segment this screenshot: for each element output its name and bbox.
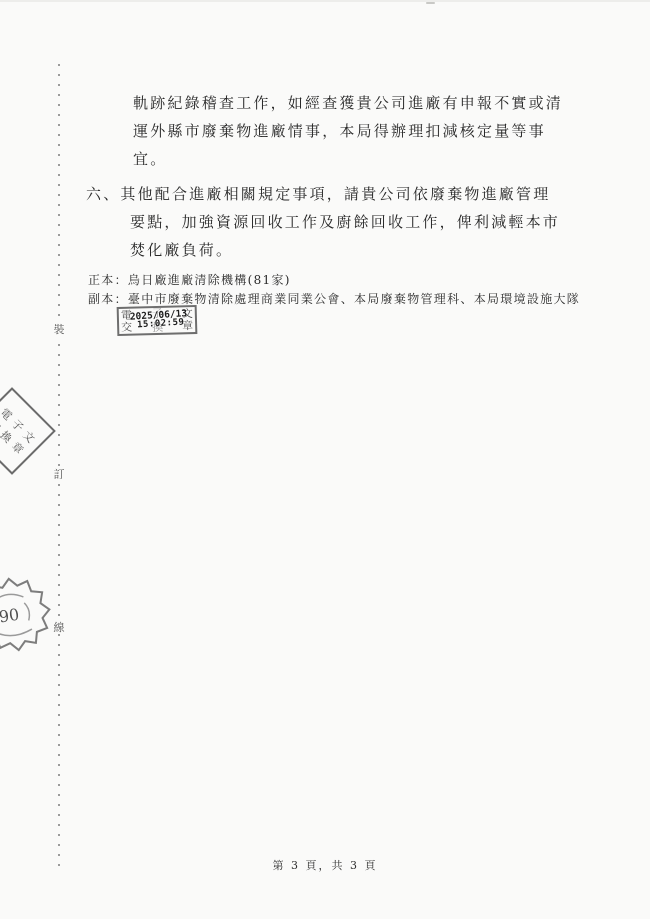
scan-artifact [426,2,435,4]
binding-mark-zhuang: 裝 [51,323,67,336]
body-line: 焚化廠負荷。 [130,241,233,260]
document-page: 裝 訂 線 軌跡紀錄稽查工作，如經查獲貴公司進廠有申報不實或清 運外縣市廢棄物進… [0,0,650,919]
gear-seal: 90 [0,567,77,665]
body-line: 要點，加強資源回收工作及廚餘回收工作，俾利減輕本市 [130,213,560,232]
body-line: 軌跡紀錄稽查工作，如經查獲貴公司進廠有申報不實或清 [133,94,563,113]
body-line: 宜。 [133,150,167,169]
body-line-item-six: 六、其他配合進廠相關規定事項，請貴公司依廢棄物進廠管理 [86,185,550,204]
seal-number: 90 [0,605,20,627]
electronic-exchange-stamp: 電 子 文 交 換 章 2025/06/13 15:02:59 [117,305,198,336]
stamp-time: 15:02:59 [137,317,185,330]
corner-exchange-stamp: 電子文 交換章 [0,387,56,475]
binding-dotted-line [58,64,60,866]
page-footer: 第 3 頁，共 3 頁 [0,857,650,873]
body-line: 運外縣市廢棄物進廠情事，本局得辦理扣減核定量等事 [133,122,546,141]
recipient-copy: 副本：臺中市廢棄物清除處理商業同業公會、本局廢棄物管理科、本局環境設施大隊 [88,290,580,307]
binding-mark-ding: 訂 [51,468,67,481]
recipient-original: 正本：烏日廠進廠清除機構(81家) [88,271,291,288]
stamp-char: 交 [121,322,132,333]
